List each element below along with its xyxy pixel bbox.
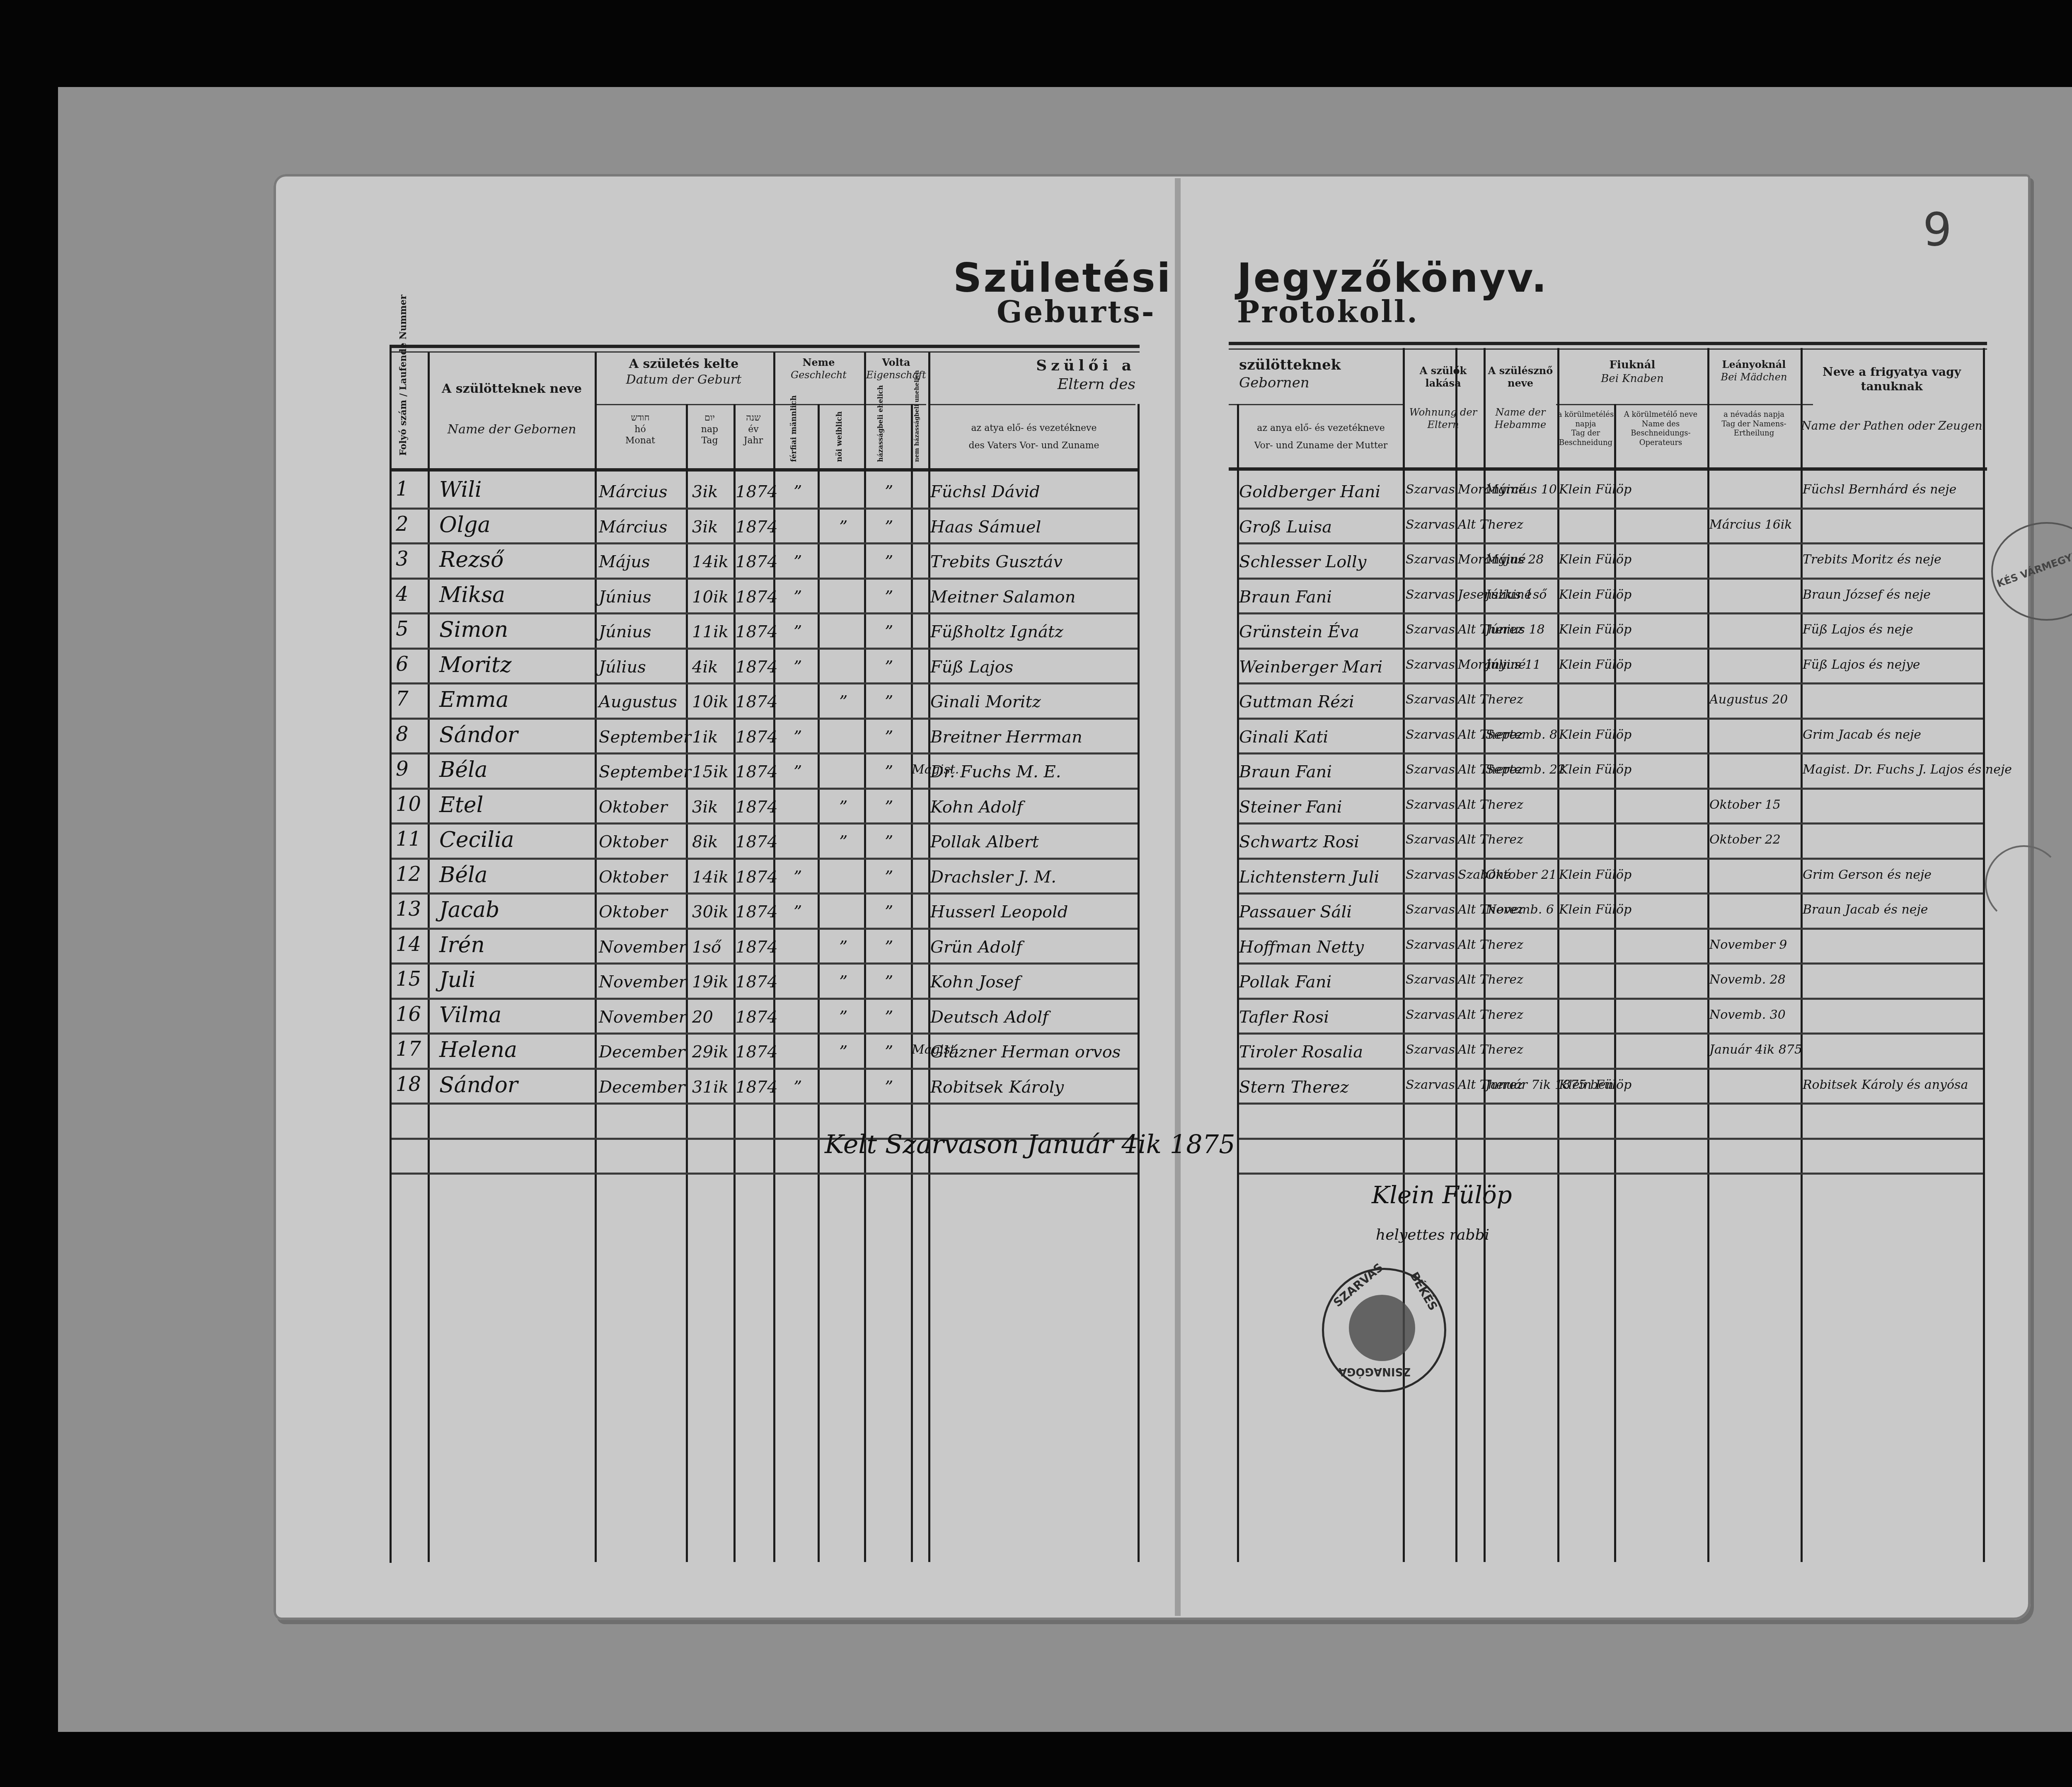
- row-naming: Novemb. 30: [1709, 1008, 1786, 1022]
- row-father: Pollak Albert: [930, 832, 1039, 851]
- row-residence: Szarvas: [1406, 658, 1455, 672]
- row-name: Emma: [439, 687, 509, 712]
- row-year: 1874: [736, 972, 778, 991]
- col-line: [1138, 404, 1140, 1562]
- row-month: December: [599, 1042, 685, 1062]
- row-legit: ”: [885, 832, 893, 851]
- row-mother: Steiner Fani: [1239, 798, 1342, 817]
- row-rule: [392, 752, 1138, 754]
- row-female: ”: [839, 1008, 847, 1027]
- row-legit: ”: [885, 1042, 893, 1062]
- row-rule: [1239, 1103, 1983, 1105]
- row-name: Helena: [439, 1037, 517, 1062]
- row-rule: [1239, 962, 1983, 965]
- row-no: 15: [396, 967, 421, 991]
- header-separator-left: [390, 468, 1140, 472]
- row-circ-name: Klein Fülöp: [1559, 762, 1631, 777]
- title-de-right: Protokoll.: [1237, 294, 1419, 329]
- header-parents-right: szülötteknekGebornen: [1239, 356, 1401, 392]
- row-no: 5: [396, 617, 409, 641]
- row-mother: Groß Luisa: [1239, 517, 1332, 537]
- row-godparents: Braun József és neje: [1803, 588, 1931, 602]
- row-naming: Március 16ik: [1709, 517, 1792, 532]
- row-legit: ”: [885, 692, 893, 711]
- header-illegit: nem házasságbeli unehelich: [914, 370, 920, 462]
- row-midwife: Alt Therez: [1458, 938, 1523, 952]
- row-no: 3: [396, 547, 409, 571]
- row-rule: [392, 1033, 1138, 1035]
- row-day: 10ik: [692, 588, 729, 607]
- row-male: ”: [794, 552, 802, 571]
- row-rule: [392, 648, 1138, 650]
- row-male: ”: [794, 658, 802, 677]
- row-circ-date: Július 1ső: [1486, 588, 1547, 602]
- header-sex: NemeGeschlecht: [773, 356, 864, 381]
- row-name: Juli: [439, 967, 476, 992]
- row-month: September: [599, 762, 691, 781]
- row-day: 31ik: [692, 1078, 729, 1097]
- header-circ-date: a körülmetélés napjaTag der Beschneidung: [1557, 410, 1614, 447]
- row-month: Március: [599, 517, 667, 537]
- row-legit: ”: [885, 552, 893, 571]
- row-no: 7: [396, 687, 409, 711]
- row-circ-name: Klein Fülöp: [1559, 728, 1631, 742]
- row-no: 4: [396, 583, 409, 606]
- row-father: Trebits Gusztáv: [930, 552, 1063, 571]
- row-rule: [392, 1068, 1138, 1070]
- row-rule: [392, 998, 1138, 1000]
- row-midwife: Alt Therez: [1458, 798, 1523, 812]
- row-legit: ”: [885, 762, 893, 781]
- row-male: ”: [794, 902, 802, 921]
- row-legit: ”: [885, 938, 893, 957]
- col-line: [1801, 348, 1803, 1562]
- row-name: Sándor: [439, 1073, 518, 1098]
- row-midwife: Alt Therez: [1458, 1042, 1523, 1057]
- row-mother: Schwartz Rosi: [1239, 832, 1359, 851]
- row-legit: ”: [885, 588, 893, 607]
- row-rule: [392, 858, 1138, 860]
- row-year: 1874: [736, 938, 778, 957]
- header-date: A születés kelteDatum der Geburt: [595, 356, 773, 387]
- row-rule: [392, 1173, 1138, 1175]
- row-year: 1874: [736, 1042, 778, 1062]
- row-godparents: Robitsek Károly és anyósa: [1803, 1078, 1968, 1092]
- col-line: [1983, 348, 1985, 1562]
- row-godparents: Grim Gerson és neje: [1803, 868, 1932, 882]
- row-circ-date: Június 18: [1486, 622, 1545, 637]
- row-godparents: Magist. Dr. Fuchs J. Lajos és neje: [1803, 762, 2012, 777]
- row-midwife: Alt Therez: [1458, 1008, 1523, 1022]
- header-separator-right: [1229, 467, 1987, 471]
- row-mother: Hoffman Netty: [1239, 938, 1364, 957]
- signature-title: helyettes rabbi: [1376, 1226, 1489, 1243]
- row-residence: Szarvas: [1406, 798, 1455, 812]
- row-day: 3ik: [692, 798, 718, 817]
- row-legit: ”: [885, 658, 893, 677]
- row-day: 3ik: [692, 517, 718, 537]
- row-name: Béla: [439, 863, 488, 887]
- closing-place-date: Kelt Szarvason Január 4ik 1875: [825, 1129, 1235, 1159]
- row-month: Június: [599, 588, 651, 607]
- row-godparents: Füß Lajos és nejye: [1803, 658, 1920, 672]
- col-line: [428, 352, 430, 1562]
- row-rule: [392, 788, 1138, 790]
- row-rule: [392, 928, 1138, 930]
- row-father: Deutsch Adolf: [930, 1008, 1048, 1027]
- row-name: Vilma: [439, 1003, 501, 1028]
- row-circ-name: Klein Fülöp: [1559, 622, 1631, 637]
- row-female: ”: [839, 798, 847, 817]
- row-month: Oktober: [599, 868, 668, 887]
- row-year: 1874: [736, 482, 778, 501]
- seal-text-bottom: ZSINAGÓGA: [1339, 1365, 1411, 1378]
- row-rule: [392, 1103, 1138, 1105]
- row-name: Wili: [439, 477, 482, 502]
- row-godparents: Grim Jacab és neje: [1803, 728, 1921, 742]
- row-godparents: Füchsl Bernhárd és neje: [1803, 482, 1956, 497]
- row-month: Május: [599, 552, 650, 571]
- row-rule: [1239, 858, 1983, 860]
- row-mother: Weinberger Mari: [1239, 658, 1382, 677]
- row-no: 1: [396, 477, 409, 501]
- row-godparents: Füß Lajos és neje: [1803, 622, 1913, 637]
- row-legit: ”: [885, 728, 893, 747]
- page-fold: [1175, 178, 1181, 1616]
- col-line: [390, 345, 392, 1563]
- row-circ-date: Március 10: [1486, 482, 1557, 497]
- row-legit: ”: [885, 482, 893, 501]
- row-residence: Szarvas: [1406, 1078, 1455, 1092]
- row-residence: Szarvas: [1406, 622, 1455, 637]
- header-father: az atya elő- és vezetéknevedes Vaters Vo…: [930, 423, 1138, 451]
- row-day: 30ik: [692, 902, 729, 921]
- row-year: 1874: [736, 588, 778, 607]
- row-father: Husserl Leopold: [930, 902, 1068, 921]
- row-no: 14: [396, 933, 421, 956]
- header-legit: házasságbeli ehelich: [876, 385, 884, 462]
- row-rule: [392, 612, 1138, 614]
- subheader-sep-mother: [1229, 404, 1403, 405]
- row-father: Kohn Adolf: [930, 798, 1023, 817]
- row-year: 1874: [736, 798, 778, 817]
- row-day: 1ik: [692, 728, 718, 747]
- header-residence: A szülők lakásaWohnung der Eltern: [1403, 365, 1484, 431]
- row-male: ”: [794, 482, 802, 501]
- row-month: November: [599, 1008, 687, 1027]
- row-naming: Augustus 20: [1709, 692, 1788, 707]
- row-day: 14ik: [692, 552, 729, 571]
- row-residence: Szarvas: [1406, 482, 1455, 497]
- row-rule: [1239, 718, 1983, 720]
- row-year: 1874: [736, 517, 778, 537]
- row-year: 1874: [736, 552, 778, 571]
- row-circ-date: Május 28: [1486, 552, 1544, 567]
- header-circ-name: A körülmetélő neveName des Beschneidungs…: [1614, 410, 1707, 447]
- row-rule: [1239, 508, 1983, 510]
- row-male: ”: [794, 1078, 802, 1097]
- header-number: Folyó szám / Laufende Nummer: [398, 295, 409, 456]
- row-female: ”: [839, 1042, 847, 1062]
- row-mother: Goldberger Hani: [1239, 482, 1380, 501]
- row-no: 18: [396, 1073, 421, 1096]
- signature: Klein Fülöp: [1372, 1181, 1512, 1209]
- row-legit: ”: [885, 868, 893, 887]
- row-father: Dr. Fuchs M. E.: [930, 762, 1061, 781]
- subheader-sep-boys-girls: [1556, 404, 1813, 405]
- row-rule: [1239, 612, 1983, 614]
- row-male: ”: [794, 868, 802, 887]
- row-father: Füß Lajos: [930, 658, 1013, 677]
- row-rule: [392, 892, 1138, 895]
- row-circ-name: Klein Fülöp: [1559, 552, 1631, 567]
- row-rule: [1239, 998, 1983, 1000]
- row-circ-name: Klein Fülöp: [1559, 658, 1631, 672]
- row-rule: [392, 578, 1138, 580]
- row-father: Meitner Salamon: [930, 588, 1075, 607]
- row-mother: Grünstein Éva: [1239, 622, 1359, 641]
- row-father: Füchsl Dávid: [930, 482, 1040, 501]
- row-godparents: Trebits Moritz és neje: [1803, 552, 1941, 567]
- row-father: Füßholtz Ignátz: [930, 622, 1063, 641]
- row-name: Moritz: [439, 653, 511, 677]
- row-year: 1874: [736, 622, 778, 641]
- row-mother: Tafler Rosi: [1239, 1008, 1329, 1027]
- row-year: 1874: [736, 692, 778, 711]
- row-mother: Tiroler Rosalia: [1239, 1042, 1363, 1062]
- row-month: Július: [599, 658, 646, 677]
- header-male: férfiai männlich: [789, 395, 798, 462]
- row-year: 1874: [736, 728, 778, 747]
- row-naming: November 9: [1709, 938, 1787, 952]
- row-residence: Szarvas: [1406, 938, 1455, 952]
- row-circ-date: Oktober 21: [1486, 868, 1557, 882]
- row-rule: [1239, 1138, 1983, 1140]
- row-name: Irén: [439, 933, 485, 958]
- row-circ-name: Klein Fülöp: [1559, 482, 1631, 497]
- row-name: Sándor: [439, 723, 518, 747]
- row-rule: [392, 682, 1138, 684]
- row-rule: [1239, 578, 1983, 580]
- header-female: nöi weiblich: [835, 411, 844, 462]
- row-male: ”: [794, 728, 802, 747]
- row-name: Béla: [439, 757, 488, 782]
- row-residence: Szarvas: [1406, 1042, 1455, 1057]
- page-number: 9: [1923, 203, 1952, 256]
- row-mother: Braun Fani: [1239, 588, 1332, 607]
- row-father: Kohn Josef: [930, 972, 1020, 991]
- title-de-left: Geburts-: [997, 294, 1156, 329]
- row-day: 11ik: [692, 622, 729, 641]
- row-mother: Schlesser Lolly: [1239, 552, 1366, 571]
- row-year: 1874: [736, 1078, 778, 1097]
- row-father: Breitner Herrman: [930, 728, 1082, 747]
- col-line: [595, 352, 597, 1562]
- row-day: 4ik: [692, 658, 718, 677]
- header-year: שנהévJahr: [733, 412, 773, 447]
- row-father: Ginali Moritz: [930, 692, 1041, 711]
- row-no: 17: [396, 1037, 421, 1061]
- row-legit: ”: [885, 622, 893, 641]
- col-line: [1455, 348, 1457, 1562]
- row-residence: Szarvas: [1406, 728, 1455, 742]
- row-circ-date: Septemb. 22: [1486, 762, 1565, 777]
- row-residence: Szarvas: [1406, 552, 1455, 567]
- row-female: ”: [839, 938, 847, 957]
- header-parents-left: Szülői aEltern des: [953, 356, 1135, 394]
- row-mother: Pollak Fani: [1239, 972, 1331, 991]
- row-residence: Szarvas: [1406, 588, 1455, 602]
- archive-stamp-2: [1985, 845, 2063, 923]
- row-male: ”: [794, 588, 802, 607]
- row-month: Oktober: [599, 798, 668, 817]
- row-name: Simon: [439, 617, 508, 642]
- row-day: 10ik: [692, 692, 729, 711]
- row-residence: Szarvas: [1406, 762, 1455, 777]
- row-legit: ”: [885, 902, 893, 921]
- row-rule: [1239, 1068, 1983, 1070]
- row-female: ”: [839, 832, 847, 851]
- row-mother: Stern Therez: [1239, 1078, 1349, 1097]
- row-month: September: [599, 728, 691, 747]
- row-month: Oktober: [599, 902, 668, 921]
- row-rule: [1239, 822, 1983, 825]
- row-day: 19ik: [692, 972, 729, 991]
- row-residence: Szarvas: [1406, 972, 1455, 987]
- row-day: 15ik: [692, 762, 729, 781]
- row-circ-date: Július 11: [1486, 658, 1541, 672]
- header-day: יוםnapTag: [686, 412, 733, 447]
- row-midwife: Alt Therez: [1458, 972, 1523, 987]
- row-father: Glázner Herman orvos: [930, 1042, 1121, 1062]
- row-midwife: Alt Therez: [1458, 517, 1523, 532]
- row-male: ”: [794, 622, 802, 641]
- col-line: [1557, 348, 1559, 1562]
- row-rule: [1239, 542, 1983, 544]
- row-female: ”: [839, 972, 847, 991]
- row-rule: [1239, 648, 1983, 650]
- row-rule: [1239, 752, 1983, 754]
- row-no: 13: [396, 897, 421, 921]
- row-name: Rezső: [439, 547, 503, 572]
- header-month: חודשhóMonat: [595, 412, 686, 447]
- row-naming: Oktober 15: [1709, 798, 1781, 812]
- row-year: 1874: [736, 658, 778, 677]
- row-year: 1874: [736, 1008, 778, 1027]
- header-name: A szülötteknek neveName der Gebornen: [429, 381, 595, 437]
- row-circ-name: Klein Fülöp: [1559, 588, 1631, 602]
- row-rule: [392, 822, 1138, 825]
- row-rule: [1239, 788, 1983, 790]
- row-father: Grün Adolf: [930, 938, 1022, 957]
- row-residence: Szarvas: [1406, 692, 1455, 707]
- row-rule: [1239, 1173, 1983, 1175]
- row-no: 9: [396, 757, 409, 781]
- header-naming: a névadás napjaTag der Namens-Ertheilung: [1707, 410, 1801, 438]
- row-female: ”: [839, 692, 847, 711]
- header-midwife: A szülésznő neveName der Hebamme: [1484, 365, 1557, 431]
- row-name: Olga: [439, 513, 491, 537]
- row-godparents: Braun Jacab és neje: [1803, 902, 1928, 917]
- row-mother: Braun Fani: [1239, 762, 1332, 781]
- row-father: Drachsler J. M.: [930, 868, 1056, 887]
- header-girls: LeányoknálBei Mädchen: [1707, 358, 1801, 383]
- row-month: Oktober: [599, 832, 668, 851]
- row-month: Március: [599, 482, 667, 501]
- row-residence: Szarvas: [1406, 868, 1455, 882]
- row-month: November: [599, 938, 687, 957]
- row-no: 11: [396, 827, 421, 851]
- row-day: 3ik: [692, 482, 718, 501]
- subheader-sep-father: [928, 404, 1135, 405]
- row-no: 10: [396, 793, 421, 816]
- row-male: ”: [794, 762, 802, 781]
- row-no: 16: [396, 1003, 421, 1026]
- row-rule: [1239, 928, 1983, 930]
- table-top-rule-right: [1229, 342, 1987, 345]
- header-mother: az anya elő- és vezetékneveVor- und Zuna…: [1239, 423, 1403, 451]
- row-mother: Lichtenstern Juli: [1239, 868, 1379, 887]
- row-rule: [392, 542, 1138, 544]
- row-rule: [392, 508, 1138, 510]
- row-rule: [392, 962, 1138, 965]
- row-name: Miksa: [439, 583, 505, 607]
- row-day: 8ik: [692, 832, 718, 851]
- table-top-rule-left-thin: [390, 351, 1140, 353]
- row-residence: Szarvas: [1406, 517, 1455, 532]
- row-year: 1874: [736, 902, 778, 921]
- row-name: Etel: [439, 793, 483, 817]
- row-day: 29ik: [692, 1042, 729, 1062]
- row-naming: Oktober 22: [1709, 832, 1781, 847]
- row-legit: ”: [885, 1008, 893, 1027]
- row-month: December: [599, 1078, 685, 1097]
- seal-emblem: [1349, 1295, 1415, 1361]
- row-residence: Szarvas: [1406, 902, 1455, 917]
- row-name: Jacab: [439, 897, 499, 922]
- row-name: Cecilia: [439, 827, 514, 852]
- row-circ-date: Novemb. 6: [1486, 902, 1554, 917]
- row-naming: Novemb. 28: [1709, 972, 1786, 987]
- header-boys: FiuknálBei Knaben: [1557, 358, 1707, 385]
- row-naming: Január 4ik 875: [1709, 1042, 1802, 1057]
- row-day: 1ső: [692, 938, 721, 957]
- row-father: Robitsek Károly: [930, 1078, 1064, 1097]
- row-midwife: Alt Therez: [1458, 692, 1523, 707]
- row-legit: ”: [885, 1078, 893, 1097]
- col-line: [864, 352, 866, 1562]
- row-rule: [1239, 1033, 1983, 1035]
- row-month: Augustus: [599, 692, 677, 711]
- row-no: 8: [396, 723, 409, 746]
- table-top-rule-left: [390, 345, 1140, 348]
- header-godparents: Neve a frigyatya vagy tanuknakName der P…: [1801, 365, 1983, 433]
- row-rule: [1239, 892, 1983, 895]
- row-no: 6: [396, 653, 409, 676]
- row-circ-name: Klein Fülöp: [1559, 868, 1631, 882]
- row-mother: Ginali Kati: [1239, 728, 1328, 747]
- row-no: 12: [396, 863, 421, 886]
- row-mother: Guttman Rézi: [1239, 692, 1354, 711]
- row-residence: Szarvas: [1406, 832, 1455, 847]
- row-circ-date: Septemb. 8: [1486, 728, 1557, 742]
- row-legit: ”: [885, 517, 893, 537]
- row-no: 2: [396, 513, 409, 536]
- row-rule: [1239, 682, 1983, 684]
- row-year: 1874: [736, 762, 778, 781]
- row-residence: Szarvas: [1406, 1008, 1455, 1022]
- row-circ-name: Klein Fülöp: [1559, 902, 1631, 917]
